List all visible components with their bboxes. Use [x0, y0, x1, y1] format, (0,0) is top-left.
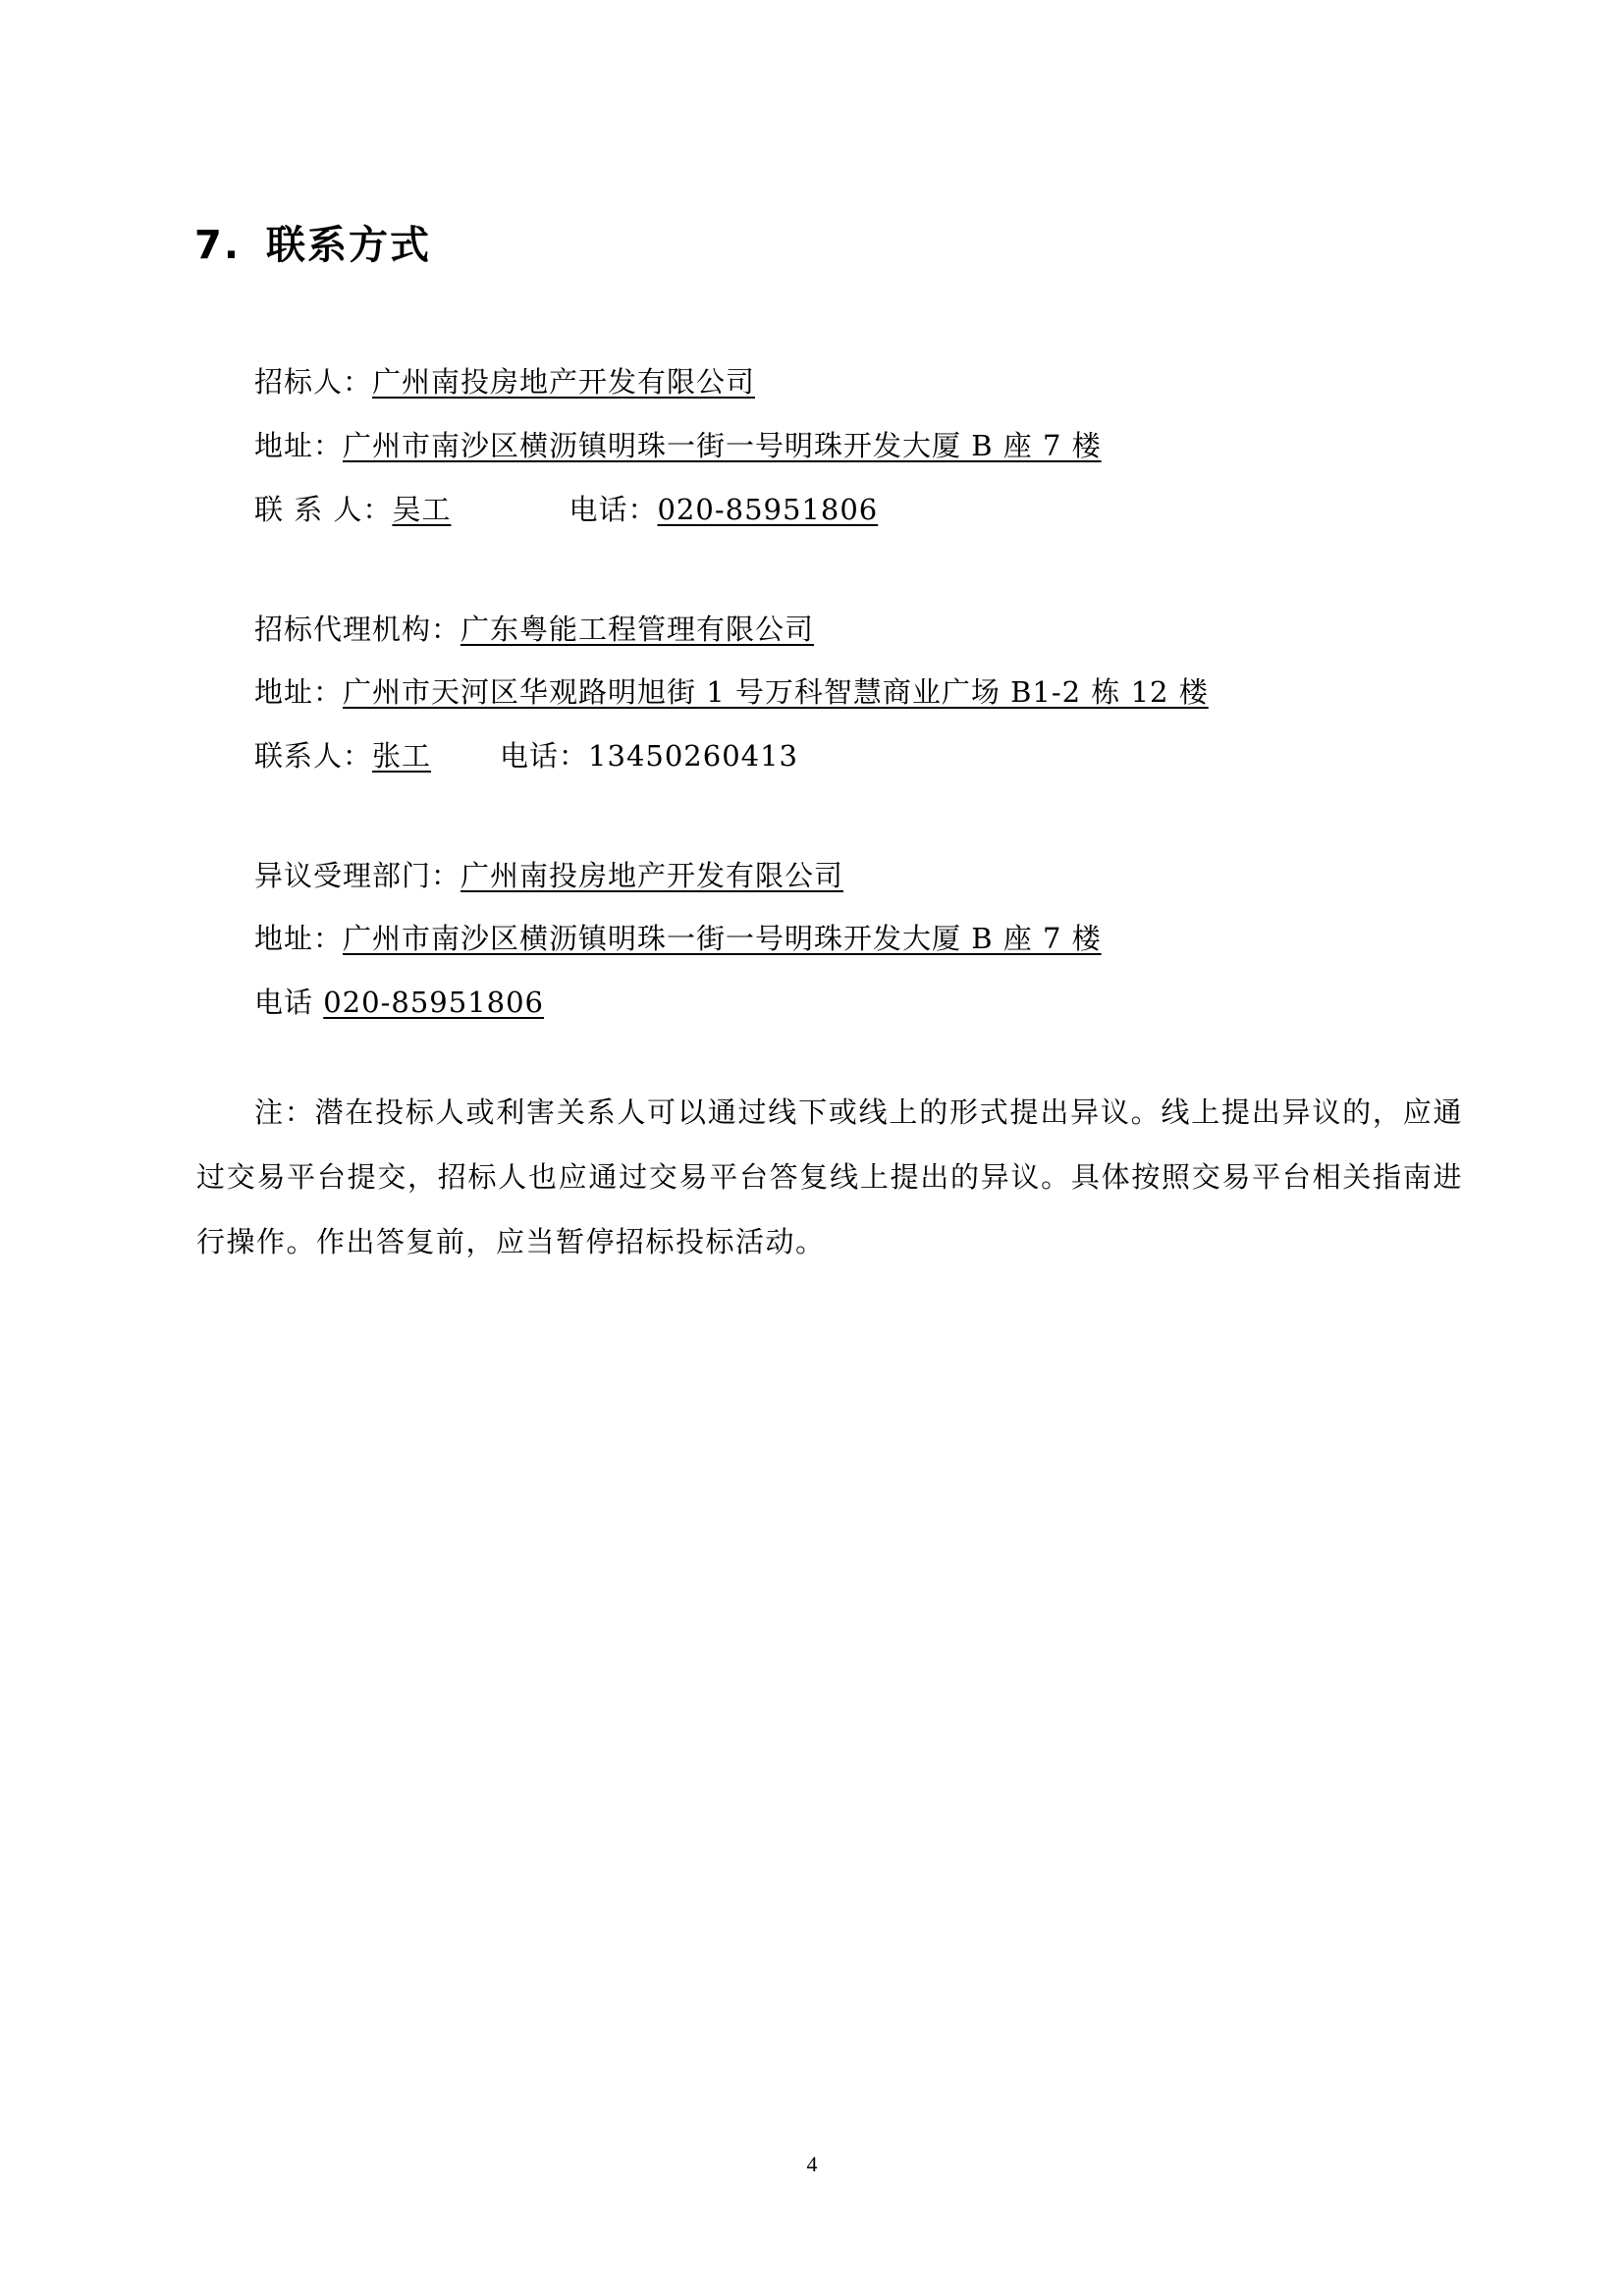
agency-line: 招标代理机构：广东粤能工程管理有限公司 [254, 608, 814, 648]
section-number: 7. [194, 223, 241, 268]
agency-contact: 张工 [372, 739, 431, 773]
tenderer-address-line: 地址：广州市南沙区横沥镇明珠一街一号明珠开发大厦 B 座 7 楼 [254, 424, 1102, 464]
agency-contact-line: 联系人：张工电话：13450260413 [254, 734, 798, 774]
tenderer-contact: 吴工 [392, 493, 451, 526]
agency-address-label: 地址： [254, 675, 343, 709]
objection-phone-line: 电话 020-85951806 [254, 981, 544, 1021]
page-number: 4 [0, 2152, 1624, 2177]
tenderer-line: 招标人：广州南投房地产开发有限公司 [254, 360, 755, 400]
objection-phone-label: 电话 [254, 986, 323, 1019]
tenderer-contact-line: 联 系 人：吴工电话：020-85951806 [254, 488, 878, 528]
objection-name: 广州南投房地产开发有限公司 [460, 859, 843, 892]
agency-phone-label: 电话： [500, 739, 588, 773]
tenderer-label: 招标人： [254, 365, 372, 399]
agency-phone: 13450260413 [588, 739, 798, 773]
tenderer-address-label: 地址： [254, 429, 343, 462]
objection-label: 异议受理部门： [254, 859, 460, 892]
objection-address-line: 地址：广州市南沙区横沥镇明珠一街一号明珠开发大厦 B 座 7 楼 [254, 917, 1102, 957]
tenderer-phone: 020-85951806 [657, 493, 878, 526]
agency-contact-label: 联系人： [254, 739, 372, 773]
note-paragraph: 注：潜在投标人或利害关系人可以通过线下或线上的形式提出异议。线上提出异议的，应通… [196, 1080, 1463, 1274]
agency-address-line: 地址：广州市天河区华观路明旭街 1 号万科智慧商业广场 B1-2 栋 12 楼 [254, 670, 1209, 711]
agency-label: 招标代理机构： [254, 613, 460, 646]
objection-address-label: 地址： [254, 922, 343, 955]
objection-phone: 020-85951806 [323, 986, 544, 1019]
tenderer-address: 广州市南沙区横沥镇明珠一街一号明珠开发大厦 B 座 7 楼 [343, 429, 1102, 462]
tenderer-phone-label: 电话： [568, 493, 657, 526]
section-title: 联系方式 [266, 223, 431, 268]
objection-address: 广州市南沙区横沥镇明珠一街一号明珠开发大厦 B 座 7 楼 [343, 922, 1102, 955]
agency-name: 广东粤能工程管理有限公司 [460, 613, 814, 646]
section-heading: 7.联系方式 [194, 214, 431, 270]
tenderer-name: 广州南投房地产开发有限公司 [372, 365, 755, 399]
agency-address: 广州市天河区华观路明旭街 1 号万科智慧商业广场 B1-2 栋 12 楼 [343, 675, 1209, 709]
tenderer-contact-label: 联 系 人： [254, 493, 392, 526]
objection-line: 异议受理部门：广州南投房地产开发有限公司 [254, 854, 843, 894]
